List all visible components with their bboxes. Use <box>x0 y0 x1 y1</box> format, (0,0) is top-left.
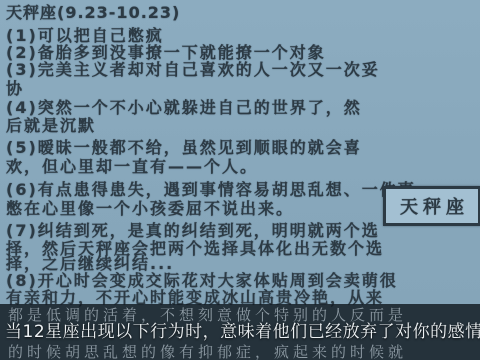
dim-text-bottom: 的时候胡思乱想的像有抑郁症，疯起来的时候就 <box>8 344 407 360</box>
body-line-14: (8)开心时会变成交际花对大家体贴周到会卖萌很 <box>6 272 398 289</box>
body-line-13: 择，之后继续纠结... <box>6 255 174 272</box>
body-line-4: 协 <box>6 80 24 97</box>
body-line-1: (1)可以把自己憋疯 <box>6 27 164 44</box>
video-caption: 当12星座出现以下行为时，意味着他们已经放弃了对你的感情 <box>5 321 477 343</box>
libra-badge: 天秤座 <box>383 186 480 226</box>
body-line-6: 后就是沉默 <box>6 117 96 134</box>
body-line-3: (3)完美主义者却对自己喜欢的人一次又一次妥 <box>6 61 380 78</box>
body-line-7: (5)暧昧一般都不给，虽然见到顺眼的就会喜 <box>6 139 362 156</box>
body-line-2: (2)备胎多到没事撩一下就能撩一个对象 <box>6 44 326 61</box>
body-line-8: 欢，但心里却一直有——个人。 <box>6 158 258 175</box>
horoscope-title: 天秤座(9.23-10.23) <box>6 4 180 21</box>
body-line-9: (6)有点患得患失，遇到事情容易胡思乱想、一件事 <box>6 181 416 198</box>
body-line-10: 憋在心里像一个小孩委屈不说出来。 <box>6 200 294 217</box>
body-line-5: (4)突然一个不小心就躲进自己的世界了，然 <box>6 99 362 116</box>
libra-badge-label: 天秤座 <box>395 193 469 219</box>
body-line-11: (7)纠结到死，是真的纠结到死，明明就两个选 <box>6 222 380 239</box>
subtitle-band: 都是低调的活着，不想刻意做个特别的人反而是 当12星座出现以下行为时，意味着他们… <box>0 304 480 360</box>
horoscope-frame: 天秤座(9.23-10.23) (1)可以把自己憋疯 (2)备胎多到没事撩一下就… <box>0 0 480 360</box>
